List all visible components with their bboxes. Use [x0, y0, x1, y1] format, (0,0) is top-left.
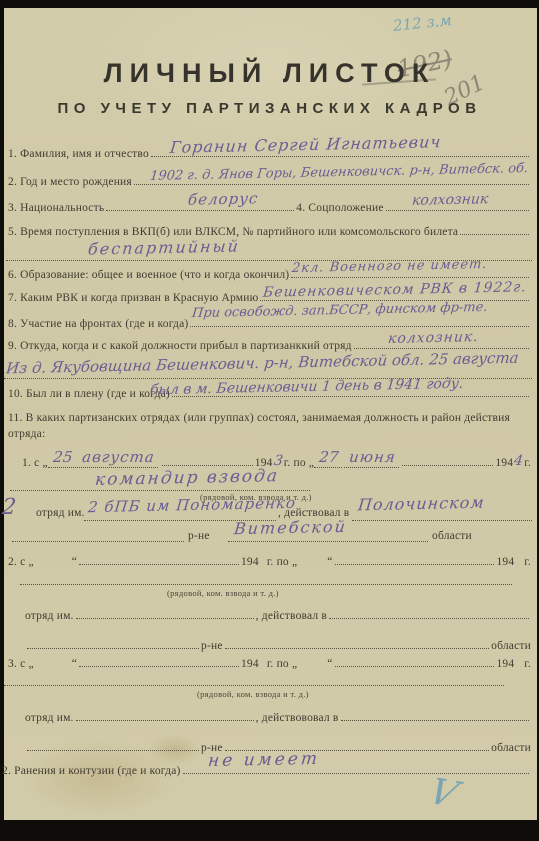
year-prefix: 194: [496, 658, 514, 670]
dotted-line: [27, 648, 199, 649]
dotted-line: [329, 618, 529, 619]
scanned-document-page: 212 з.м 192) 201 ЛИЧНЫЙ ЛИСТОК ПО УЧЕТУ …: [0, 0, 539, 841]
year-prefix: 194: [496, 556, 514, 568]
field-label-wounds: 2. Ранения и контузии (где и когда): [2, 765, 181, 777]
record1-to-day: 27: [314, 450, 344, 468]
record1-to-year-digit: 4: [513, 454, 524, 468]
dotted-line: [76, 720, 254, 721]
field-row-party: 5. Время поступления в ВКП(б) или ВЛКСМ,…: [8, 226, 531, 238]
close-quote: “: [327, 658, 332, 670]
dotted-line: [190, 326, 529, 327]
dotted-line: [151, 156, 529, 157]
oblast-label: области: [491, 742, 531, 754]
year-suffix: г.: [524, 658, 531, 670]
field-label-surname: 1. Фамилия, имя и отчество: [8, 148, 149, 160]
close-quote: “: [72, 658, 77, 670]
field-label-rvk: 7. Каким РВК и когда призван в Красную А…: [8, 292, 258, 304]
detachment-label: отряд им.: [36, 507, 85, 519]
year-suffix: г.: [524, 556, 531, 568]
record1-to-label: г. по „: [284, 457, 314, 469]
document-title: ЛИЧНЫЙ ЛИСТОК: [0, 58, 539, 89]
acted-in-label: , действововал в: [256, 712, 339, 724]
oblast-label: области: [491, 640, 531, 652]
dotted-line: [79, 564, 239, 565]
close-quote: “: [72, 556, 77, 568]
dotted-line: [183, 773, 529, 774]
dotted-line: [162, 465, 253, 466]
dotted-line: [10, 476, 310, 491]
record1-detachment-prefix: 2: [1, 497, 17, 519]
close-quote: “: [327, 556, 332, 568]
oblast-label: области: [432, 530, 472, 542]
record1-from-month: августа: [77, 450, 160, 468]
dotted-line: [228, 527, 428, 542]
handwritten-education: 2кл. Военного не имеет.: [291, 258, 488, 275]
dotted-line: [20, 570, 512, 585]
detachment-label: отряд им.: [25, 610, 74, 622]
record2-dates-row: 2. с „ “ 194 г. по „ “ 194 г.: [8, 556, 531, 568]
district-label: р-не: [188, 530, 210, 542]
handwritten-wounds: не имеет: [207, 751, 321, 770]
dotted-line: [386, 210, 529, 211]
rank-caption: (рядовой, ком. взвода и т. д.): [197, 689, 309, 699]
dotted-line: [79, 666, 239, 667]
dotted-line: [335, 666, 495, 667]
dotted-line: [341, 720, 529, 721]
record1-from-day: 25: [48, 450, 78, 468]
year-prefix: 194: [241, 658, 259, 670]
handwritten-social-position: колхозник: [411, 192, 489, 208]
document-subtitle: ПО УЧЕТУ ПАРТИЗАНСКИХ КАДРОВ: [0, 100, 539, 117]
field-label-birth: 2. Год и место рождения: [8, 176, 132, 188]
year-prefix: 194: [495, 457, 513, 469]
acted-in-label: , действовал в: [256, 610, 327, 622]
year-suffix: г.: [524, 457, 531, 469]
record3-from-label: 3. с „: [8, 658, 34, 670]
field-label-education: 6. Образование: общее и военное (что и к…: [8, 269, 289, 281]
field-label-nationality: 3. Национальность: [8, 202, 104, 214]
field-row-fronts: 8. Участие на фронтах (где и когда): [8, 318, 531, 330]
handwritten-nationality: белорус: [187, 191, 259, 208]
record1-to-month: июня: [344, 450, 401, 468]
record2-to-label: г. по „: [267, 556, 297, 568]
record1-from-label: 1. с „: [22, 457, 48, 469]
field-label-detachments: 11. В каких партизанских отрядах (или гр…: [8, 410, 532, 442]
dotted-line: [352, 506, 532, 521]
rank-caption: (рядовой, ком. взвода и т. д.): [167, 588, 279, 598]
record2-detachment-row: отряд им. , действовал в: [25, 610, 531, 622]
dotted-line: [12, 527, 184, 542]
field-label-fronts: 8. Участие на фронтах (где и когда): [8, 318, 188, 330]
field-label-captivity: 10. Был ли в плену (где и когда): [8, 388, 170, 400]
dotted-line: [335, 564, 495, 565]
handwritten-arrival-occupation: колхозник.: [387, 330, 479, 346]
dotted-line: [4, 671, 504, 686]
dotted-line: [291, 277, 529, 278]
dotted-line: [460, 234, 529, 235]
record3-to-label: г. по „: [267, 658, 297, 670]
record3-dates-row: 3. с „ “ 194 г. по „ “ 194 г.: [8, 658, 531, 670]
dotted-line: [225, 648, 490, 649]
dotted-line: [27, 750, 199, 751]
dotted-line: [134, 184, 529, 185]
district-label: р-не: [201, 640, 223, 652]
dotted-line: [76, 618, 254, 619]
dotted-line: [402, 465, 493, 466]
record2-from-label: 2. с „: [8, 556, 34, 568]
record2-district-row: р-не области: [25, 640, 531, 652]
dotted-line: [106, 210, 294, 211]
detachment-label: отряд им.: [25, 712, 74, 724]
field-label-social-position: 4. Соцположение: [296, 202, 383, 214]
year-prefix: 194: [241, 556, 259, 568]
record3-detachment-row: отряд им. , действововал в: [25, 712, 531, 724]
field-label-arrival: 9. Откуда, когда и с какой должности при…: [8, 340, 352, 352]
